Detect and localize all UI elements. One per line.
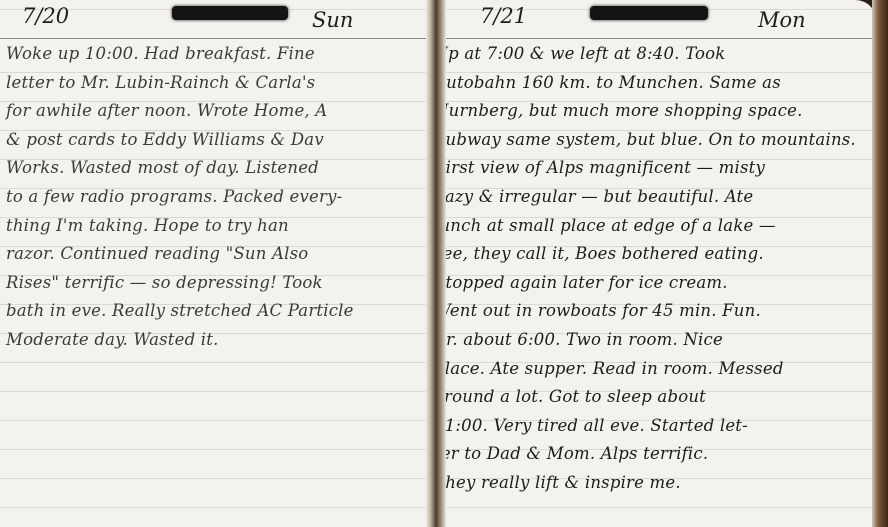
left-header-rule bbox=[0, 38, 432, 39]
right-page: 7/21 Mon Up at 7:00 & we left at 8:40. T… bbox=[432, 0, 877, 527]
left-page-entry: Woke up 10:00. Had breakfast. Fine lette… bbox=[6, 40, 431, 355]
entry-line: lunch at small place at edge of a lake — bbox=[434, 212, 874, 241]
right-page-entry: Up at 7:00 & we left at 8:40. Took Autob… bbox=[434, 40, 874, 498]
entry-line: Works. Wasted most of day. Listened bbox=[6, 154, 431, 183]
entry-line: Woke up 10:00. Had breakfast. Fine bbox=[6, 40, 431, 69]
entry-line: to a few radio programs. Packed every- bbox=[6, 183, 431, 212]
entry-line: thing I'm taking. Hope to try han bbox=[6, 212, 431, 241]
entry-line: for awhile after noon. Wrote Home, A bbox=[6, 97, 431, 126]
entry-line: & post cards to Eddy Williams & Dav bbox=[6, 126, 431, 155]
book-spine-gutter bbox=[426, 0, 446, 527]
entry-line: see, they call it, Boes bothered eating. bbox=[434, 240, 874, 269]
left-page-redaction bbox=[172, 6, 288, 20]
left-page-day: Sun bbox=[312, 8, 353, 32]
entry-line: Stopped again later for ice cream. bbox=[434, 269, 874, 298]
entry-line: bath in eve. Really stretched AC Particl… bbox=[6, 297, 431, 326]
entry-line: Moderate day. Wasted it. bbox=[6, 326, 431, 355]
entry-line: Autobahn 160 km. to Munchen. Same as bbox=[434, 69, 874, 98]
right-page-redaction bbox=[590, 6, 708, 20]
right-header-rule bbox=[432, 38, 877, 39]
book-cover-edge bbox=[872, 0, 888, 527]
entry-line: letter to Mr. Lubin-Rainch & Carla's bbox=[6, 69, 431, 98]
entry-line: 11:00. Very tired all eve. Started let- bbox=[434, 412, 874, 441]
entry-line: Ar. about 6:00. Two in room. Nice bbox=[434, 326, 874, 355]
entry-line: Up at 7:00 & we left at 8:40. Took bbox=[434, 40, 874, 69]
entry-line: They really lift & inspire me. bbox=[434, 469, 874, 498]
left-page-date: 7/20 bbox=[22, 4, 69, 28]
entry-line: place. Ate supper. Read in room. Messed bbox=[434, 355, 874, 384]
entry-line: Rises" terrific — so depressing! Took bbox=[6, 269, 431, 298]
entry-line: Nurnberg, but much more shopping space. bbox=[434, 97, 874, 126]
entry-line: ter to Dad & Mom. Alps terrific. bbox=[434, 440, 874, 469]
entry-line: hazy & irregular — but beautiful. Ate bbox=[434, 183, 874, 212]
entry-line: razor. Continued reading "Sun Also bbox=[6, 240, 431, 269]
diary-spread: 7/20 Sun Woke up 10:00. Had breakfast. F… bbox=[0, 0, 888, 527]
entry-line: Subway same system, but blue. On to moun… bbox=[434, 126, 874, 155]
right-page-date: 7/21 bbox=[480, 4, 527, 28]
entry-line: Went out in rowboats for 45 min. Fun. bbox=[434, 297, 874, 326]
left-page: 7/20 Sun Woke up 10:00. Had breakfast. F… bbox=[0, 0, 432, 527]
entry-line: around a lot. Got to sleep about bbox=[434, 383, 874, 412]
entry-line: First view of Alps magnificent — misty bbox=[434, 154, 874, 183]
right-page-day: Mon bbox=[758, 8, 806, 32]
